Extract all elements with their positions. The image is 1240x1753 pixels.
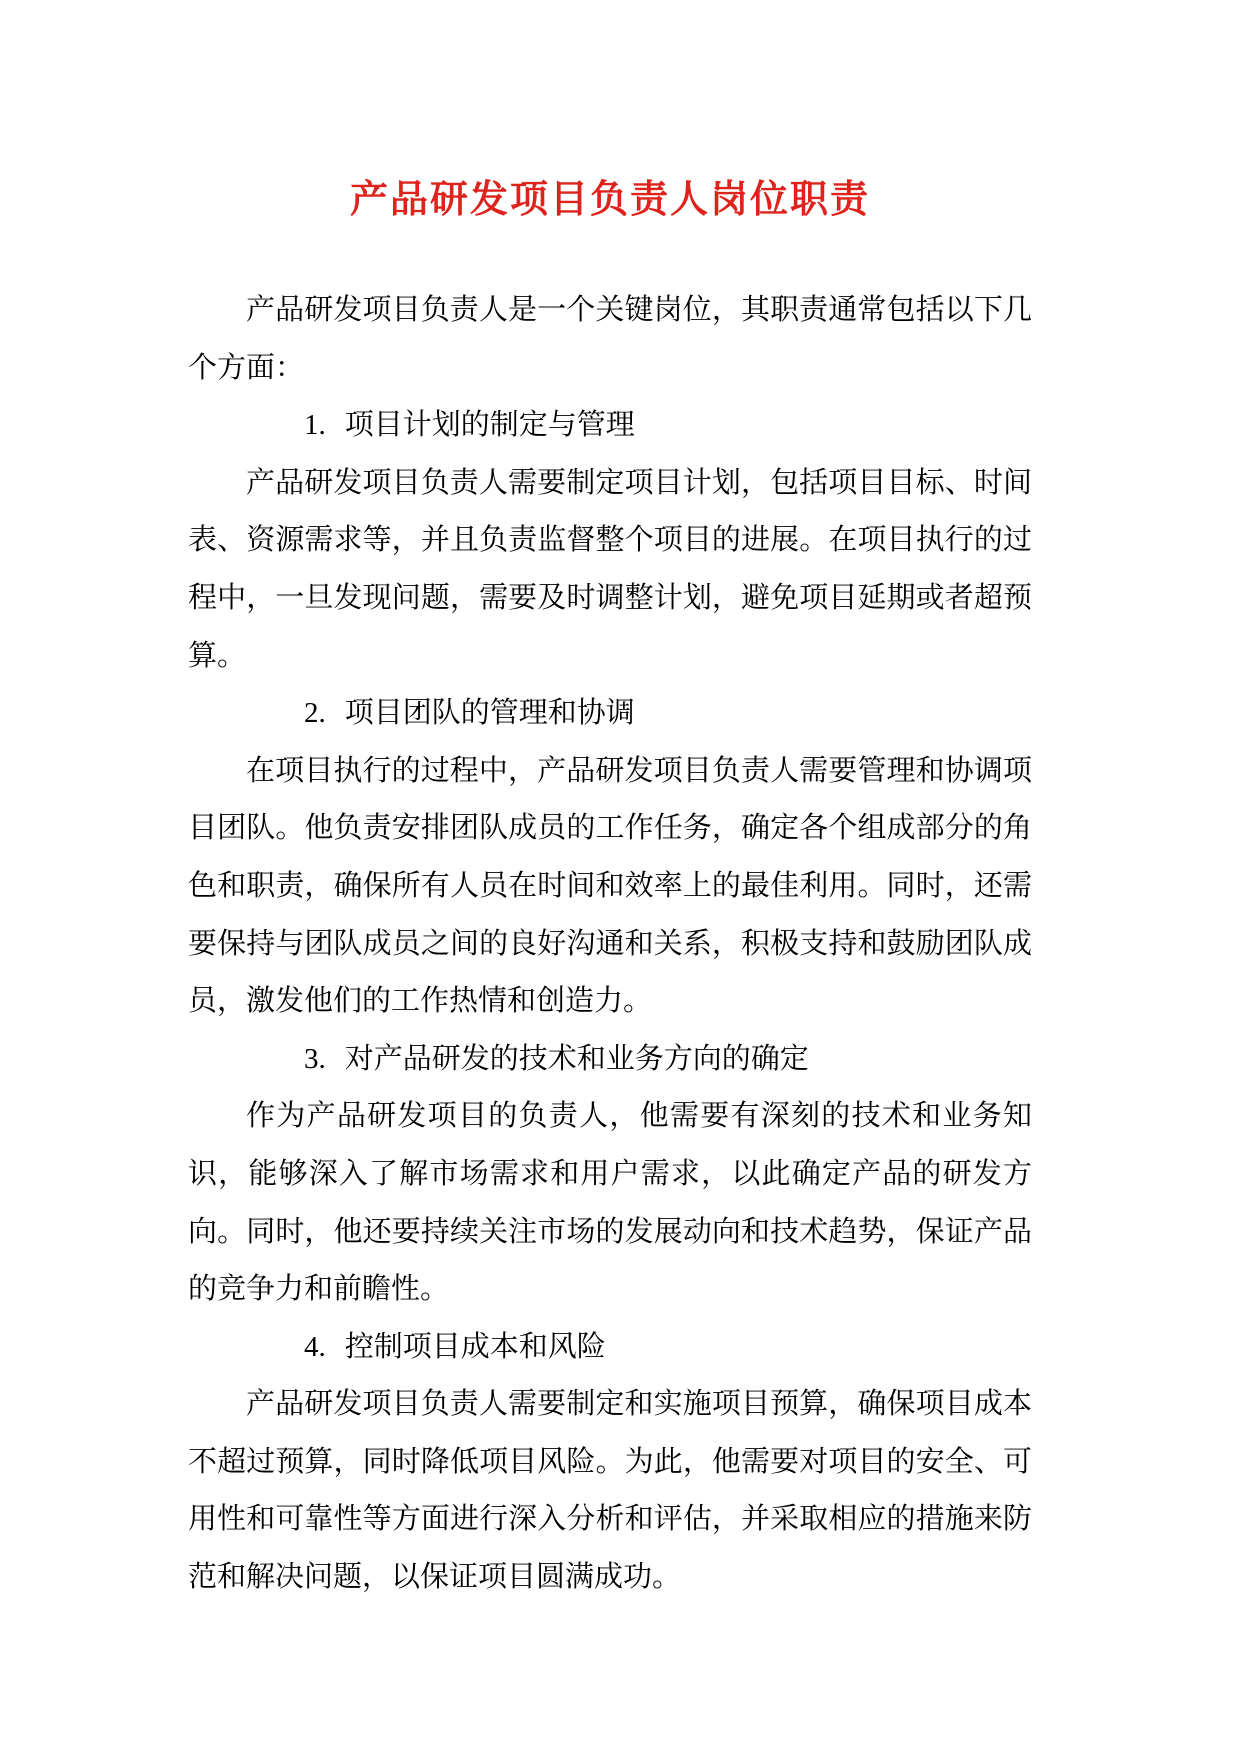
document-body: 产品研发项目负责人是一个关键岗位，其职责通常包括以下几个方面：1.项目计划的制定… — [188, 282, 1032, 1607]
document-title: 产品研发项目负责人岗位职责 — [188, 178, 1032, 222]
section-heading: 2.项目团队的管理和协调 — [188, 685, 1032, 743]
section-heading: 1.项目计划的制定与管理 — [188, 397, 1032, 455]
body-paragraph: 作为产品研发项目的负责人，他需要有深刻的技术和业务知识，能够深入了解市场需求和用… — [188, 1088, 1032, 1318]
section-heading-text: 项目团队的管理和协调 — [345, 697, 635, 729]
section-heading-text: 控制项目成本和风险 — [345, 1331, 606, 1363]
section-number: 4. — [246, 1319, 326, 1377]
body-paragraph: 在项目执行的过程中，产品研发项目负责人需要管理和协调项目团队。他负责安排团队成员… — [188, 743, 1032, 1031]
section-number: 3. — [246, 1031, 326, 1089]
section-heading: 3.对产品研发的技术和业务方向的确定 — [188, 1031, 1032, 1089]
section-heading-text: 项目计划的制定与管理 — [345, 409, 635, 441]
body-paragraph: 产品研发项目负责人需要制定项目计划，包括项目目标、时间表、资源需求等，并且负责监… — [188, 455, 1032, 685]
section-heading-text: 对产品研发的技术和业务方向的确定 — [345, 1043, 809, 1075]
document-page: 产品研发项目负责人岗位职责 产品研发项目负责人是一个关键岗位，其职责通常包括以下… — [0, 0, 1240, 1753]
section-number: 1. — [246, 397, 326, 455]
body-paragraph: 产品研发项目负责人是一个关键岗位，其职责通常包括以下几个方面： — [188, 282, 1032, 397]
body-paragraph: 产品研发项目负责人需要制定和实施项目预算，确保项目成本不超过预算，同时降低项目风… — [188, 1376, 1032, 1606]
section-heading: 4.控制项目成本和风险 — [188, 1319, 1032, 1377]
section-number: 2. — [246, 685, 326, 743]
